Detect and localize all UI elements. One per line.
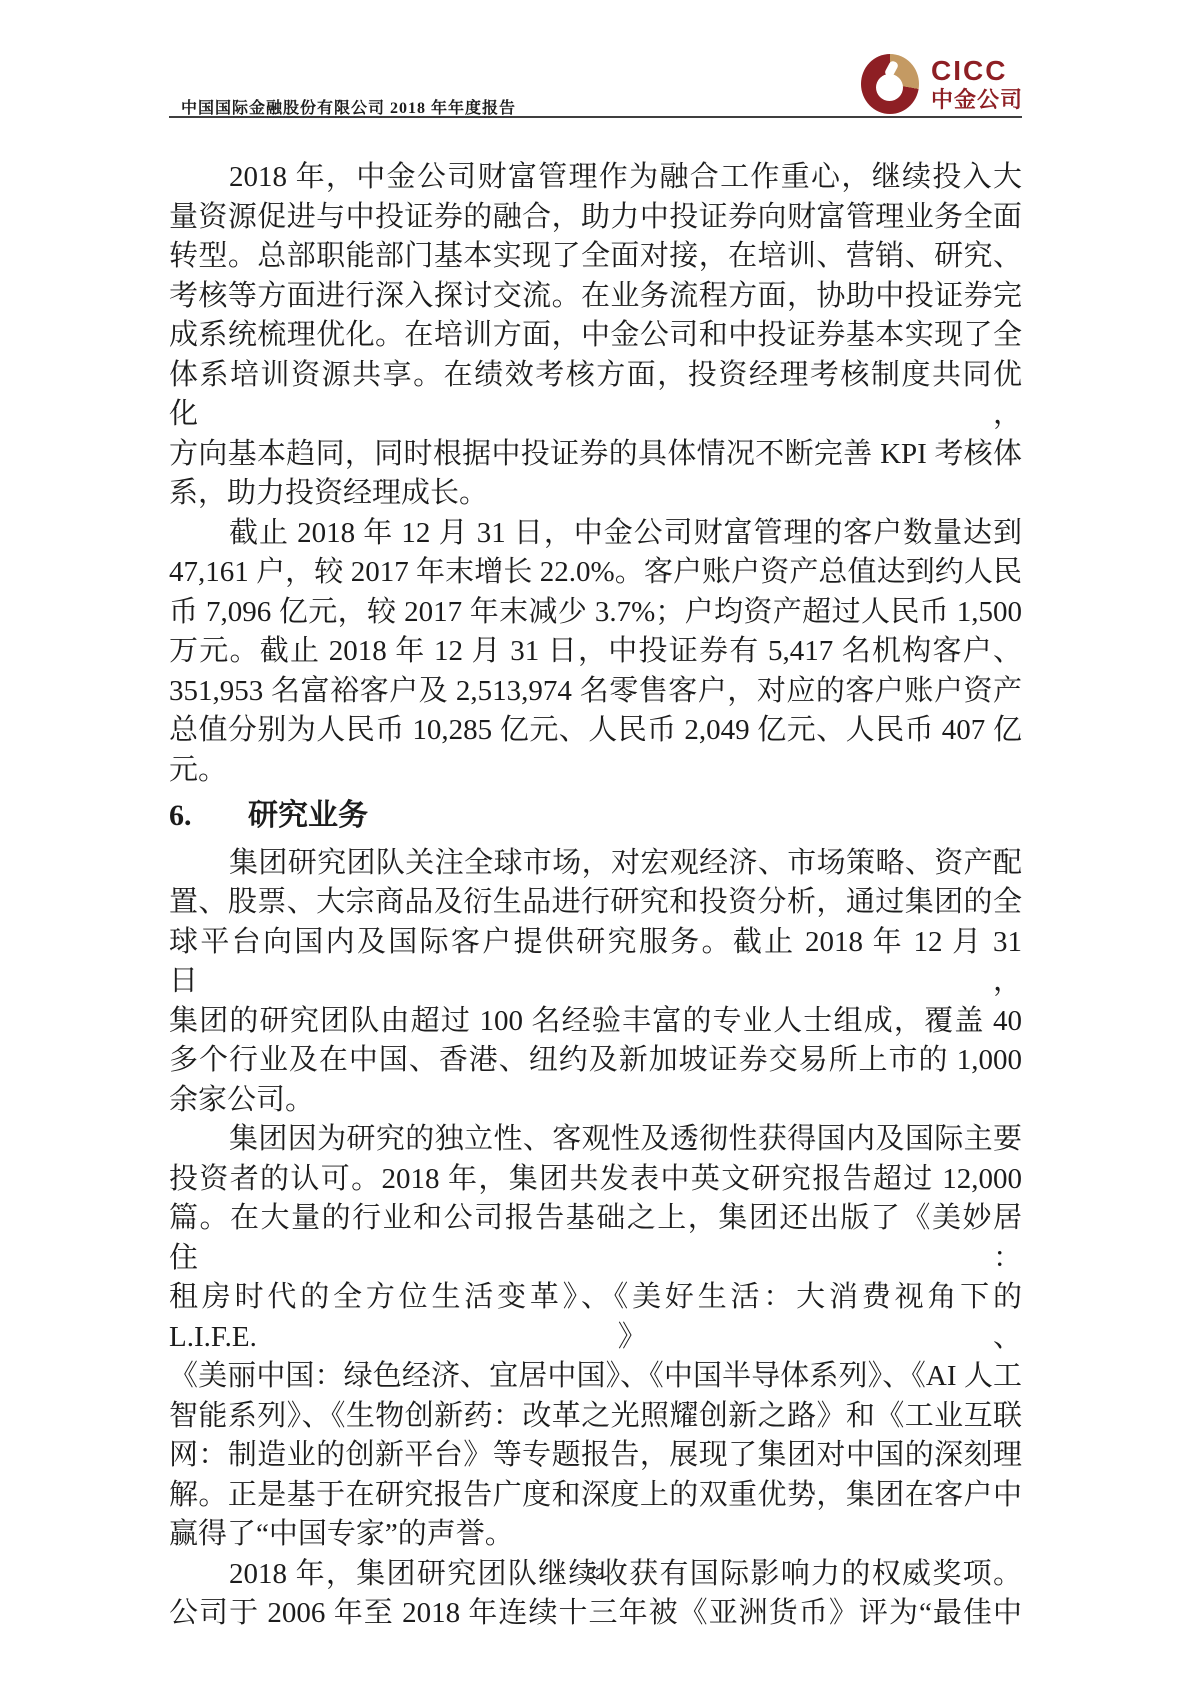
paragraph: 集团因为研究的独立性、客观性及透彻性获得国内及国际主要投资者的认可。2018 年… [169,1120,1022,1555]
text-line: 多个行业及在中国、香港、纽约及新加坡证券交易所上市的 1,000 [169,1041,1022,1081]
text-line: 2018 年，中金公司财富管理作为融合工作重心，继续投入大 [169,158,1022,198]
text-line: 置、股票、大宗商品及衍生品进行研究和投资分析，通过集团的全 [169,883,1022,923]
header-divider [169,116,1022,118]
text-line: 万元。截止 2018 年 12 月 31 日，中投证券有 5,417 名机构客户… [169,632,1022,672]
text-line: 量资源促进与中投证券的融合，助力中投证券向财富管理业务全面 [169,198,1022,238]
paragraph: 2018 年，中金公司财富管理作为融合工作重心，继续投入大量资源促进与中投证券的… [169,158,1022,514]
text-line: 币 7,096 亿元，较 2017 年末减少 3.7%；户均资产超过人民币 1,… [169,593,1022,633]
text-line: 余家公司。 [169,1081,1022,1121]
section-title: 研究业务 [248,799,368,832]
text-line: 元。 [169,751,1022,791]
text-line: 成系统梳理优化。在培训方面，中金公司和中投证券基本实现了全 [169,316,1022,356]
text-line: 总值分别为人民币 10,285 亿元、人民币 2,049 亿元、人民币 407 … [169,711,1022,751]
text-line: 解。正是基于在研究报告广度和深度上的双重优势，集团在客户中 [169,1476,1022,1516]
text-line: 网：制造业的创新平台》等专题报告，展现了集团对中国的深刻理 [169,1436,1022,1476]
paragraph: 截止 2018 年 12 月 31 日，中金公司财富管理的客户数量达到47,16… [169,514,1022,791]
text-line: 《美丽中国：绿色经济、宜居中国》、《中国半导体系列》、《AI 人工 [169,1357,1022,1397]
text-line: 转型。总部职能部门基本实现了全面对接，在培训、营销、研究、 [169,237,1022,277]
cicc-logo-icon [861,54,919,114]
document-body: 2018 年，中金公司财富管理作为融合工作重心，继续投入大量资源促进与中投证券的… [169,158,1022,1634]
text-line: 351,953 名富裕客户及 2,513,974 名零售客户，对应的客户账户资产 [169,672,1022,712]
document-page: 中国国际金融股份有限公司 2018 年年度报告 CICC 中金公司 2018 年… [0,0,1190,1684]
text-line: 集团因为研究的独立性、客观性及透彻性获得国内及国际主要 [169,1120,1022,1160]
paragraph: 集团研究团队关注全球市场，对宏观经济、市场策略、资产配置、股票、大宗商品及衍生品… [169,844,1022,1121]
text-line: 47,161 户，较 2017 年末增长 22.0%。客户账户资产总值达到约人民 [169,553,1022,593]
text-line: 公司于 2006 年至 2018 年连续十三年被《亚洲货币》评为“最佳中 [169,1594,1022,1634]
logo-text-en: CICC [931,57,1023,85]
text-line: 赢得了“中国专家”的声誉。 [169,1515,1022,1555]
text-line: 租房时代的全方位生活变革》、《美好生活：大消费视角下的 L.I.F.E.》、 [169,1278,1022,1357]
text-line: 考核等方面进行深入探讨交流。在业务流程方面，协助中投证券完 [169,277,1022,317]
page-number: 32 [0,1566,1190,1584]
header-doc-title: 中国国际金融股份有限公司 2018 年年度报告 [181,95,516,118]
text-line: 集团研究团队关注全球市场，对宏观经济、市场策略、资产配 [169,844,1022,884]
text-line: 智能系列》、《生物创新药：改革之光照耀创新之路》和《工业互联 [169,1397,1022,1437]
text-line: 集团的研究团队由超过 100 名经验丰富的专业人士组成，覆盖 40 [169,1002,1022,1042]
text-line: 系，助力投资经理成长。 [169,474,1022,514]
logo-text-cn: 中金公司 [931,89,1023,111]
section-number: 6. [169,796,248,836]
text-line: 截止 2018 年 12 月 31 日，中金公司财富管理的客户数量达到 [169,514,1022,554]
text-line: 投资者的认可。2018 年，集团共发表中英文研究报告超过 12,000 [169,1160,1022,1200]
text-line: 球平台向国内及国际客户提供研究服务。截止 2018 年 12 月 31 日， [169,923,1022,1002]
logo-wordmark: CICC 中金公司 [931,57,1023,111]
text-line: 方向基本趋同，同时根据中投证券的具体情况不断完善 KPI 考核体 [169,435,1022,475]
text-line: 篇。在大量的行业和公司报告基础之上，集团还出版了《美妙居住： [169,1199,1022,1278]
company-logo: CICC 中金公司 [861,54,1023,114]
logo-inner-hole [876,74,903,101]
section-heading: 6.研究业务 [169,796,1022,836]
text-line: 体系培训资源共享。在绩效考核方面，投资经理考核制度共同优化， [169,356,1022,435]
